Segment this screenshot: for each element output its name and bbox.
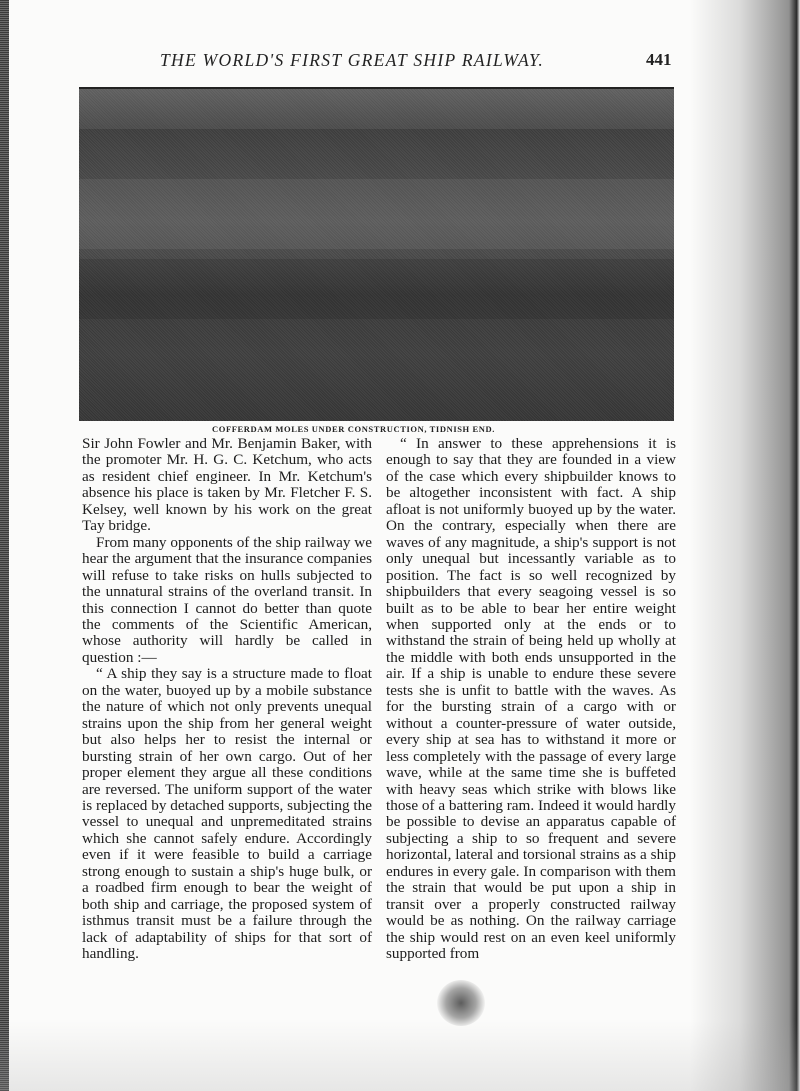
scan-right-shadow: [690, 0, 800, 1091]
photo-horizon-band: [79, 179, 674, 249]
running-title: THE WORLD'S FIRST GREAT SHIP RAILWAY.: [160, 50, 544, 71]
paragraph: Sir John Fowler and Mr. Benjamin Baker, …: [82, 436, 372, 535]
paragraph: From many opponents of the ship railway …: [82, 535, 372, 667]
photo-mole-band: [79, 259, 674, 319]
ink-smudge: [437, 980, 485, 1026]
paragraph: “ In answer to these apprehensions it is…: [386, 436, 676, 963]
figure-caption: COFFERDAM MOLES UNDER CONSTRUCTION, TIDN…: [212, 424, 495, 434]
right-column: “ In answer to these apprehensions it is…: [386, 436, 676, 963]
scan-left-edge: [0, 0, 9, 1091]
left-column: Sir John Fowler and Mr. Benjamin Baker, …: [82, 436, 372, 963]
paragraph: “ A ship they say is a structure made to…: [82, 666, 372, 962]
page-number: 441: [646, 50, 672, 70]
halftone-photograph-icon: [79, 87, 674, 421]
scan-bottom-shadow: [0, 1021, 800, 1091]
photo-sky-band: [79, 89, 674, 129]
